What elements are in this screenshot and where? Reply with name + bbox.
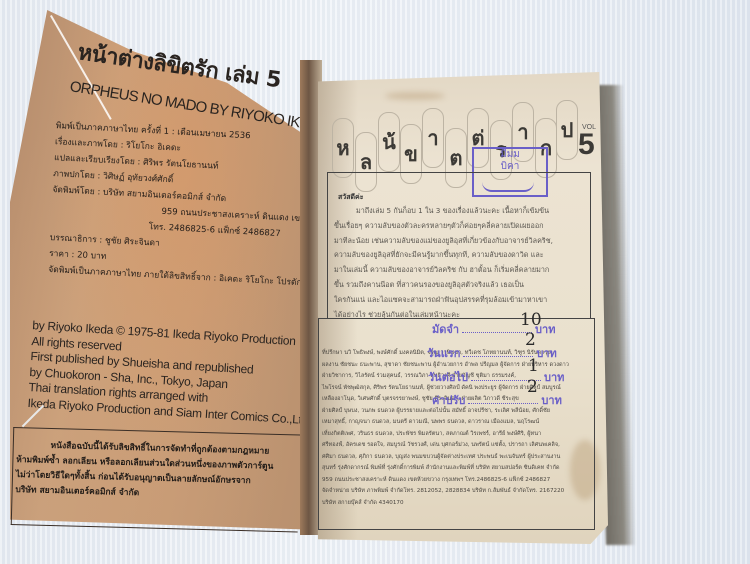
synopsis-line: มาถึงเล่ม 5 กันก็อบ 1 ใน 3 ของเรื่องแล้ว… [334,204,592,219]
stamp-text: มีมม [474,149,546,161]
logo-letter: า [422,108,444,168]
page-stain [385,92,445,100]
price-label: วันต่อไป [428,371,468,384]
synopsis-line: มาในเล่มนี้ ความลับของอาจารย์วิลคริช กับ… [334,263,592,278]
staff-line: ศศิมา ธนดวล, ศุภิกา ธนดวล, บุญส่ง พนมขบว… [322,452,594,464]
handwritten-price: 2 [527,377,538,397]
volume-number: 5 [578,128,595,162]
staff-line: บริษัท สกายบุ๊คส์ จำกัด 4340170 [322,498,594,510]
synopsis-line: ความลับของยูลิอุสที่ยักจะมีคนรู้มากขึ้นท… [334,248,592,263]
copyright-notice-text: หนังสือฉบับนี้ได้รับลิขสิทธิ์ในการจัดทำท… [15,438,296,505]
price-label: วันแรก [427,347,460,360]
price-label: ค่าปรับ [432,394,465,407]
price-row-deposit: มัดจำบาท 10 [432,320,555,338]
staff-line: เที่ยงกิตติเพศ, วรินธร ธนดวล, ประพัชร พิ… [322,429,594,441]
price-row-late-fee: ค่าปรับบาท 2 [432,391,562,409]
staff-line: เหมาสุทธิ์, กาญจนา ธนดวล, มนตรี ดาวมณี, … [322,417,594,429]
english-copyright-block: by Riyoko Ikeda © 1975-81 Ikeda Riyoko P… [27,318,316,428]
staff-line: สุนทร์ รุ่งศักดากรณ์ พิมพ์ที่ รุ่งศักดิ์… [322,463,594,475]
greeting: สวัสดีค่ะ [338,192,363,203]
synopsis-line: มาทีละน้อย เช่นความลับของแม่ของยูลิอุสที… [334,234,592,249]
staff-line: จัดจำหน่าย บริษัท ภาพพิมพ์ จำกัดโทร. 281… [322,486,594,498]
synopsis-box-bottom [327,282,591,319]
staff-line: ศรีทองฟ์, อัครเดช รอดใจ, สมบูรณ์ วัชรวงศ… [322,440,594,452]
price-unit: บาท [544,371,564,384]
synopsis-line: ขึ้นเรื่อยๆ ความลับของตัวละครหลายๆตัวก็ค… [334,219,592,234]
price-unit: บาท [541,394,561,407]
staff-line: 959 ถนนประชาสงเคราะห์ ดินแดง เขตห้วยขวาง… [322,475,594,487]
handwritten-price: 2 [525,330,536,350]
handwritten-price: 10 [520,310,542,330]
price-label: มัดจำ [432,323,459,336]
logo-letter: น้ [378,112,400,172]
logo-letter: ป [556,100,578,160]
logo-letter: ห [332,118,354,178]
price-row-next-day: วันต่อไปบาท 1 [428,368,564,386]
handwritten-price: 1 [528,356,539,376]
price-unit: บาท [536,347,556,360]
